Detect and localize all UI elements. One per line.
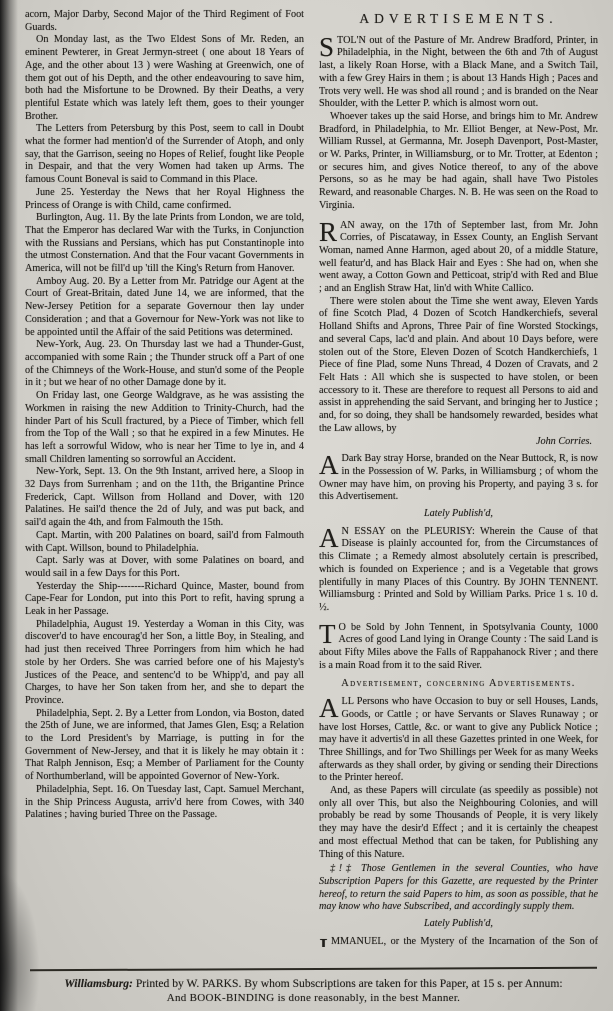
ad-paragraph: ALL Persons who have Occasion to buy or …	[319, 696, 598, 785]
news-paragraph: Amboy Aug. 20. By a Letter from Mr. Patr…	[25, 276, 304, 340]
page-edge-shadow	[0, 0, 18, 1011]
news-paragraph: acorn, Major Darby, Second Major of the …	[25, 9, 304, 34]
advertisements-heading: ADVERTISEMENTS.	[319, 13, 598, 26]
news-column: acorn, Major Darby, Second Major of the …	[25, 9, 304, 947]
news-paragraph: New-York, Sept. 13. On the 9th Instant, …	[25, 466, 304, 530]
lately-publishd-heading: Lately Publish'd,	[319, 508, 598, 521]
ad-paragraph: Whoever takes up the said Horse, and bri…	[319, 111, 598, 213]
imprint-place: Williamsburg:	[64, 977, 133, 990]
ad-paragraph: TO be Sold by John Tennent, in Spotsylva…	[319, 622, 598, 673]
drop-cap: A	[319, 453, 342, 477]
ad-text: N ESSAY on the PLEURISY: Wherein the Cau…	[319, 526, 598, 613]
news-paragraph: On Friday last, one George Waldgrave, as…	[25, 390, 304, 466]
lately-publishd-heading: Lately Publish'd,	[319, 918, 598, 931]
drop-cap: A	[319, 696, 342, 720]
ad-paragraph: There were stolen about the Time she wen…	[319, 296, 598, 436]
imprint-line-2: And BOOK-BINDING is done reasonably, in …	[28, 992, 599, 1004]
ad-paragraph: AN ESSAY on the PLEURISY: Wherein the Ca…	[319, 526, 598, 615]
news-paragraph: Philadelphia, Sept. 2. By a Letter from …	[25, 708, 304, 784]
news-paragraph: On Monday last, as the Two Eldest Sons o…	[25, 34, 304, 123]
news-paragraph: Burlington, Aug. 11. By the late Prints …	[25, 212, 304, 276]
divider-rule	[30, 967, 597, 971]
ad-paragraph: And, as these Papers will circulate (as …	[319, 785, 598, 861]
ad-text: Dark Bay stray Horse, branded on the Nea…	[319, 453, 598, 502]
columns: acorn, Major Darby, Second Major of the …	[25, 9, 598, 947]
newspaper-page: acorn, Major Darby, Second Major of the …	[0, 0, 613, 1011]
drop-cap: R	[319, 220, 340, 244]
news-paragraph: The Letters from Petersburg by this Post…	[25, 123, 304, 187]
news-paragraph: Yesterday the Ship--------Richard Quince…	[25, 581, 304, 619]
drop-cap: S	[319, 35, 337, 59]
imprint-text: Printed by W. PARKS. By whom Subscriptio…	[133, 977, 563, 990]
section-heading: Advertisement, concerning Advertisements…	[319, 678, 598, 691]
ad-text: AN away, on the 17th of September last, …	[319, 220, 598, 295]
news-paragraph: Capt. Sarly was at Dover, with some Pala…	[25, 555, 304, 580]
printer-note: ‡!‡ Those Gentlemen in the several Count…	[319, 863, 598, 914]
news-paragraph: June 25. Yesterday the News that her Roy…	[25, 187, 304, 212]
drop-cap: I	[319, 936, 331, 947]
drop-cap: A	[319, 526, 342, 550]
ad-text: TOL'N out of the Pasture of Mr. Andrew B…	[319, 35, 598, 110]
ad-text: O be Sold by John Tennent, in Spotsylvan…	[319, 622, 598, 671]
news-paragraph: Philadelphia, August 19. Yesterday a Wom…	[25, 619, 304, 708]
signature: John Corries.	[319, 436, 592, 449]
ad-paragraph: IMMANUEL, or the Mystery of the Incarnat…	[319, 936, 598, 947]
drop-cap: T	[319, 622, 339, 646]
ad-paragraph: STOL'N out of the Pasture of Mr. Andrew …	[319, 35, 598, 111]
news-paragraph: Philadelphia, Sept. 16. On Tuesday last,…	[25, 784, 304, 822]
ad-text: MMANUEL, or the Mystery of the Incarnati…	[319, 936, 598, 947]
ad-paragraph: ADark Bay stray Horse, branded on the Ne…	[319, 453, 598, 504]
ad-text: LL Persons who have Occasion to buy or s…	[319, 696, 598, 783]
imprint-footer: Williamsburg: Printed by W. PARKS. By wh…	[28, 968, 599, 1004]
advertisements-column: ADVERTISEMENTS. STOL'N out of the Pastur…	[319, 9, 598, 947]
news-paragraph: Capt. Martin, with 200 Palatines on boar…	[25, 530, 304, 555]
ad-paragraph: RAN away, on the 17th of September last,…	[319, 220, 598, 296]
imprint-line: Williamsburg: Printed by W. PARKS. By wh…	[28, 977, 599, 990]
news-paragraph: New-York, Aug. 23. On Thursday last we h…	[25, 339, 304, 390]
